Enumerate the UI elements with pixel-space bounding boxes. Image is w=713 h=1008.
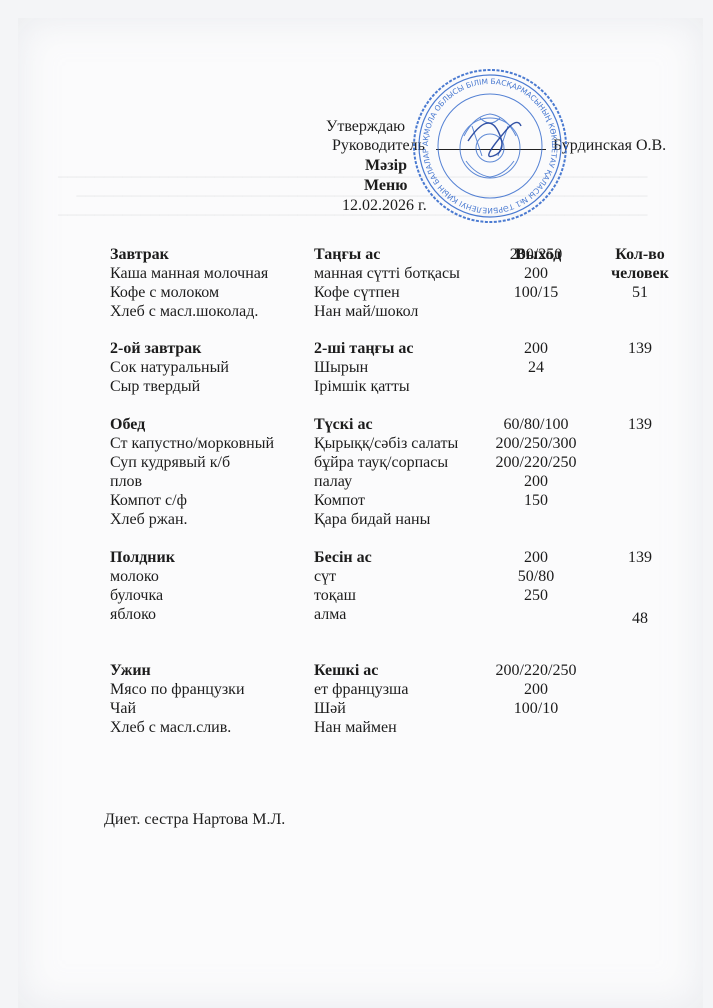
dish-name-kz: палау [314, 472, 352, 491]
people-count: 48 [608, 609, 672, 628]
dish-output: 24 [480, 358, 592, 377]
dish-name-ru: булочка [110, 586, 163, 605]
dish-name-kz: Компот [314, 491, 365, 510]
dish-name-kz: ет французша [314, 680, 408, 699]
dish-name-kz: Кофе сүтпен [314, 283, 400, 302]
dish-output: 100/10 [480, 699, 592, 718]
meal-name-ru: Обед [110, 415, 145, 434]
dish-name-ru: Мясо по французки [110, 680, 245, 699]
dish-name-ru: Хлеб ржан. [110, 510, 188, 529]
people-count: 51 [608, 283, 672, 302]
menu-title-ru: Меню [364, 176, 407, 195]
dish-name-ru: Сыр твердый [110, 377, 200, 396]
meal-header-output: 60/80/100 [480, 415, 592, 434]
column-header-people-line2: человек [600, 264, 680, 283]
dish-name-kz: алма [314, 605, 346, 624]
dish-output: 50/80 [480, 567, 592, 586]
dish-name-kz: Қара бидай наны [314, 510, 430, 529]
dish-name-ru: Хлеб с масл.шоколад. [110, 302, 258, 321]
dish-name-ru: Суп кудрявый к/б [110, 453, 230, 472]
meal-name-kz: Түскі ас [314, 415, 373, 434]
approve-label: Утверждаю [326, 117, 405, 136]
dish-name-kz: тоқаш [314, 586, 356, 605]
dish-output: 150 [480, 491, 592, 510]
dish-name-ru: молоко [110, 567, 159, 586]
meal-name-ru: 2-ой завтрак [110, 339, 201, 358]
dish-name-ru: яблоко [110, 605, 156, 624]
dish-name-ru: плов [110, 472, 142, 491]
dish-name-ru: Сок натуральный [110, 358, 229, 377]
dish-output: 100/15 [480, 283, 592, 302]
dish-name-ru: Компот с/ф [110, 491, 187, 510]
dish-output: 200 [480, 339, 592, 358]
dish-name-kz: Нан май/шокол [314, 302, 418, 321]
dish-name-kz: Шырын [314, 358, 368, 377]
dish-name-ru: Ст капустно/морковный [110, 434, 274, 453]
meal-header-output: 200 [480, 548, 592, 567]
dish-name-kz: бұйра тауқ/сорпасы [314, 453, 448, 472]
dish-name-ru: Кофе с молоком [110, 283, 219, 302]
meal-name-kz: Кешкі ас [314, 661, 378, 680]
people-count: 139 [608, 548, 672, 567]
dish-name-ru: Чай [110, 699, 136, 718]
dish-output: 200 [480, 264, 592, 283]
dish-output: 200 [480, 680, 592, 699]
meal-header-output: 200/220/250 [480, 661, 592, 680]
official-seal-icon: АҚМОЛА ОБЛЫСЫ БІЛІМ БАСҚАРМАСЫНЫҢ КӨКШЕТ… [410, 66, 570, 226]
dish-output: 250 [480, 586, 592, 605]
dietitian-signature: Диет. сестра Нартова М.Л. [104, 810, 285, 829]
dish-name-kz: Нан маймен [314, 718, 397, 737]
dish-name-kz: Ірімшік қатты [314, 377, 410, 396]
meal-name-ru: Полдник [110, 548, 175, 567]
people-count: 139 [608, 339, 672, 358]
svg-text:АҚМОЛА ОБЛЫСЫ БІЛІМ БАСҚАРМАСЫ: АҚМОЛА ОБЛЫСЫ БІЛІМ БАСҚАРМАСЫНЫҢ КӨКШЕТ… [410, 66, 559, 215]
dish-output: 200/250 [480, 245, 592, 264]
dish-output: 200/220/250 [480, 453, 592, 472]
dish-name-ru: Каша манная молочная [110, 264, 268, 283]
meal-name-ru: Ужин [110, 661, 151, 680]
people-count: 139 [608, 415, 672, 434]
dish-name-kz: Қырыққ/сәбіз салаты [314, 434, 458, 453]
meal-name-kz: 2-ші таңғы ас [314, 339, 413, 358]
dish-output: 200/250/300 [480, 434, 592, 453]
dish-name-ru: Хлеб с масл.слив. [110, 718, 231, 737]
column-header-people-line1: Кол-во [608, 245, 672, 264]
dish-name-kz: Шәй [314, 699, 346, 718]
meal-name-kz: Таңғы ас [314, 245, 380, 264]
meal-name-ru: Завтрак [110, 245, 169, 264]
menu-title-kz: Мәзір [365, 156, 407, 175]
dish-name-kz: манная сүтті ботқасы [314, 264, 460, 283]
meal-name-kz: Бесін ас [314, 548, 372, 567]
dish-name-kz: сүт [314, 567, 336, 586]
dish-output: 200 [480, 472, 592, 491]
